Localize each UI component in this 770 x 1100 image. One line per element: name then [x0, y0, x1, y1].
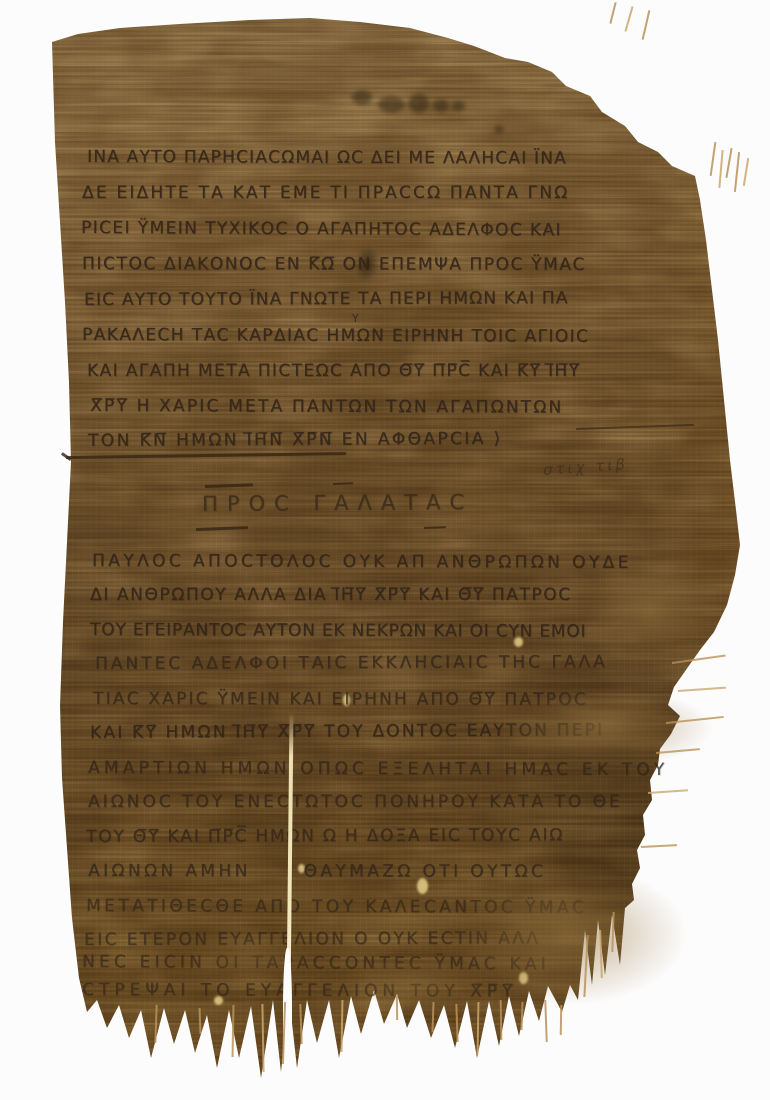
galatians-line-4: ΠΑΝΤΕC ΑΔΕΛΦΟΙ ΤΑΙC ΕΚΚΛΗCΙΑΙC ΤΗC ΓΑΛΑ	[95, 652, 608, 674]
abrasion-patch	[170, 928, 330, 983]
abrasion-patch	[465, 678, 745, 778]
galatians-line-2: ΔΙ ΑΝΘΡΩΠΟΥ ΑΛΛΑ ΔΙΑ Ι̅Η̅Υ̅ Χ̅Ρ̅Υ̅ ΚΑΙ Θ…	[90, 585, 572, 605]
ephesians-line-2: ΔΕ ΕΙΔΗΤΕ ΤΑ ΚΑΤ ΕΜΕ ΤΙ ΠΡΑCCΩ ΠΑΝΤΑ ΓΝΩ	[82, 183, 569, 203]
ephesians-line-9: ΤΟΝ Κ̅Ν̅ ΗΜΩΝ Ι̅Η̅Ν̅ Χ̅Ρ̅Ν̅ ΕΝ ΑΦΘΑΡCΙΑ …	[88, 429, 503, 451]
galatians-line-1: ΠΑΥΛΟC ΑΠΟCΤΟΛΟC ΟΥΚ ΑΠ ΑΝΘΡΩΠΩΝ ΟΥΔΕ	[92, 551, 632, 573]
galatians-line-8: ΑΙΩΝΟC ΤΟΥ ΕΝΕCΤΩΤΟC ΠΟΝΗΡΟΥ ΚΑΤΑ ΤΟ ΘΕ	[88, 792, 623, 812]
ink-blot	[490, 122, 508, 137]
manuscript-photo: ΙΝΑ ΑΥΤΟ ΠΑΡΗCΙΑCΩΜΑΙ ΩC ΔΕΙ ΜΕ ΛΑΛΗCΑΙ …	[0, 0, 770, 1100]
ephesians-line-1: ΙΝΑ ΑΥΤΟ ΠΑΡΗCΙΑCΩΜΑΙ ΩC ΔΕΙ ΜΕ ΛΑΛΗCΑΙ …	[87, 147, 567, 169]
abrasion-patch	[560, 548, 740, 678]
abrasion-patch	[320, 950, 510, 1015]
ephesians-line-8: Χ̅Ρ̅Υ̅ Η ΧΑΡΙC ΜΕΤΑ ΠΑΝΤΩΝ ΤΩΝ ΑΓΑΠΩΝΤΩΝ	[90, 396, 563, 418]
ephesians-line-6: ΡΑΚΑΛΕCΗ ΤΑC ΚΑΡΔΙΑC ΗΜΩΝ ΕΙΡΗΝΗ ΤΟΙC ΑΓ…	[82, 325, 589, 347]
ephesians-line-4: ΠΙCΤΟC ΔΙΑΚΟΝΟC ΕΝ Κ̅Ω̅ ΟΝ ΕΠΕΜΨΑ ΠΡΟC Ϋ…	[82, 254, 586, 275]
ephesians-line-7: ΚΑΙ ΑΓΑΠΗ ΜΕΤΑ ΠΙCΤΕΩC ΑΠΟ Θ̅Υ̅ Π̅Ρ̅C̅ Κ…	[87, 361, 580, 381]
galatians-line-9: ΤΟΥ Θ̅Υ̅ ΚΑΙ Π̅Ρ̅C̅ ΗΜΩΝ Ω Η ΔΟΞΑ ΕΙC ΤΟ…	[86, 825, 564, 847]
galatians-line-3: ΤΟΥ ΕΓΕΙΡΑΝΤΟC ΑΥΤΟΝ ΕΚ ΝΕΚΡΩΝ ΚΑΙ ΟΙ CΥ…	[90, 620, 586, 642]
ephesians-line-3: ΡΙCΕΙ ΫΜΕΙΝ ΤΥΧΙΚΟC Ο ΑΓΑΠΗΤΟC ΑΔΕΛΦΟC Κ…	[81, 218, 562, 241]
ephesians-line-5: ΕΙC ΑΥΤΟ ΤΟΥΤΟ ΪΝΑ ΓΝΩΤΕ ΤΑ ΠΕΡΙ ΗΜΩΝ ΚΑ…	[84, 288, 569, 310]
book-title-galatians: ΠΡΟC ΓΑΛΑΤΑC	[202, 490, 473, 516]
supralinear-correction: Υ	[352, 312, 359, 325]
